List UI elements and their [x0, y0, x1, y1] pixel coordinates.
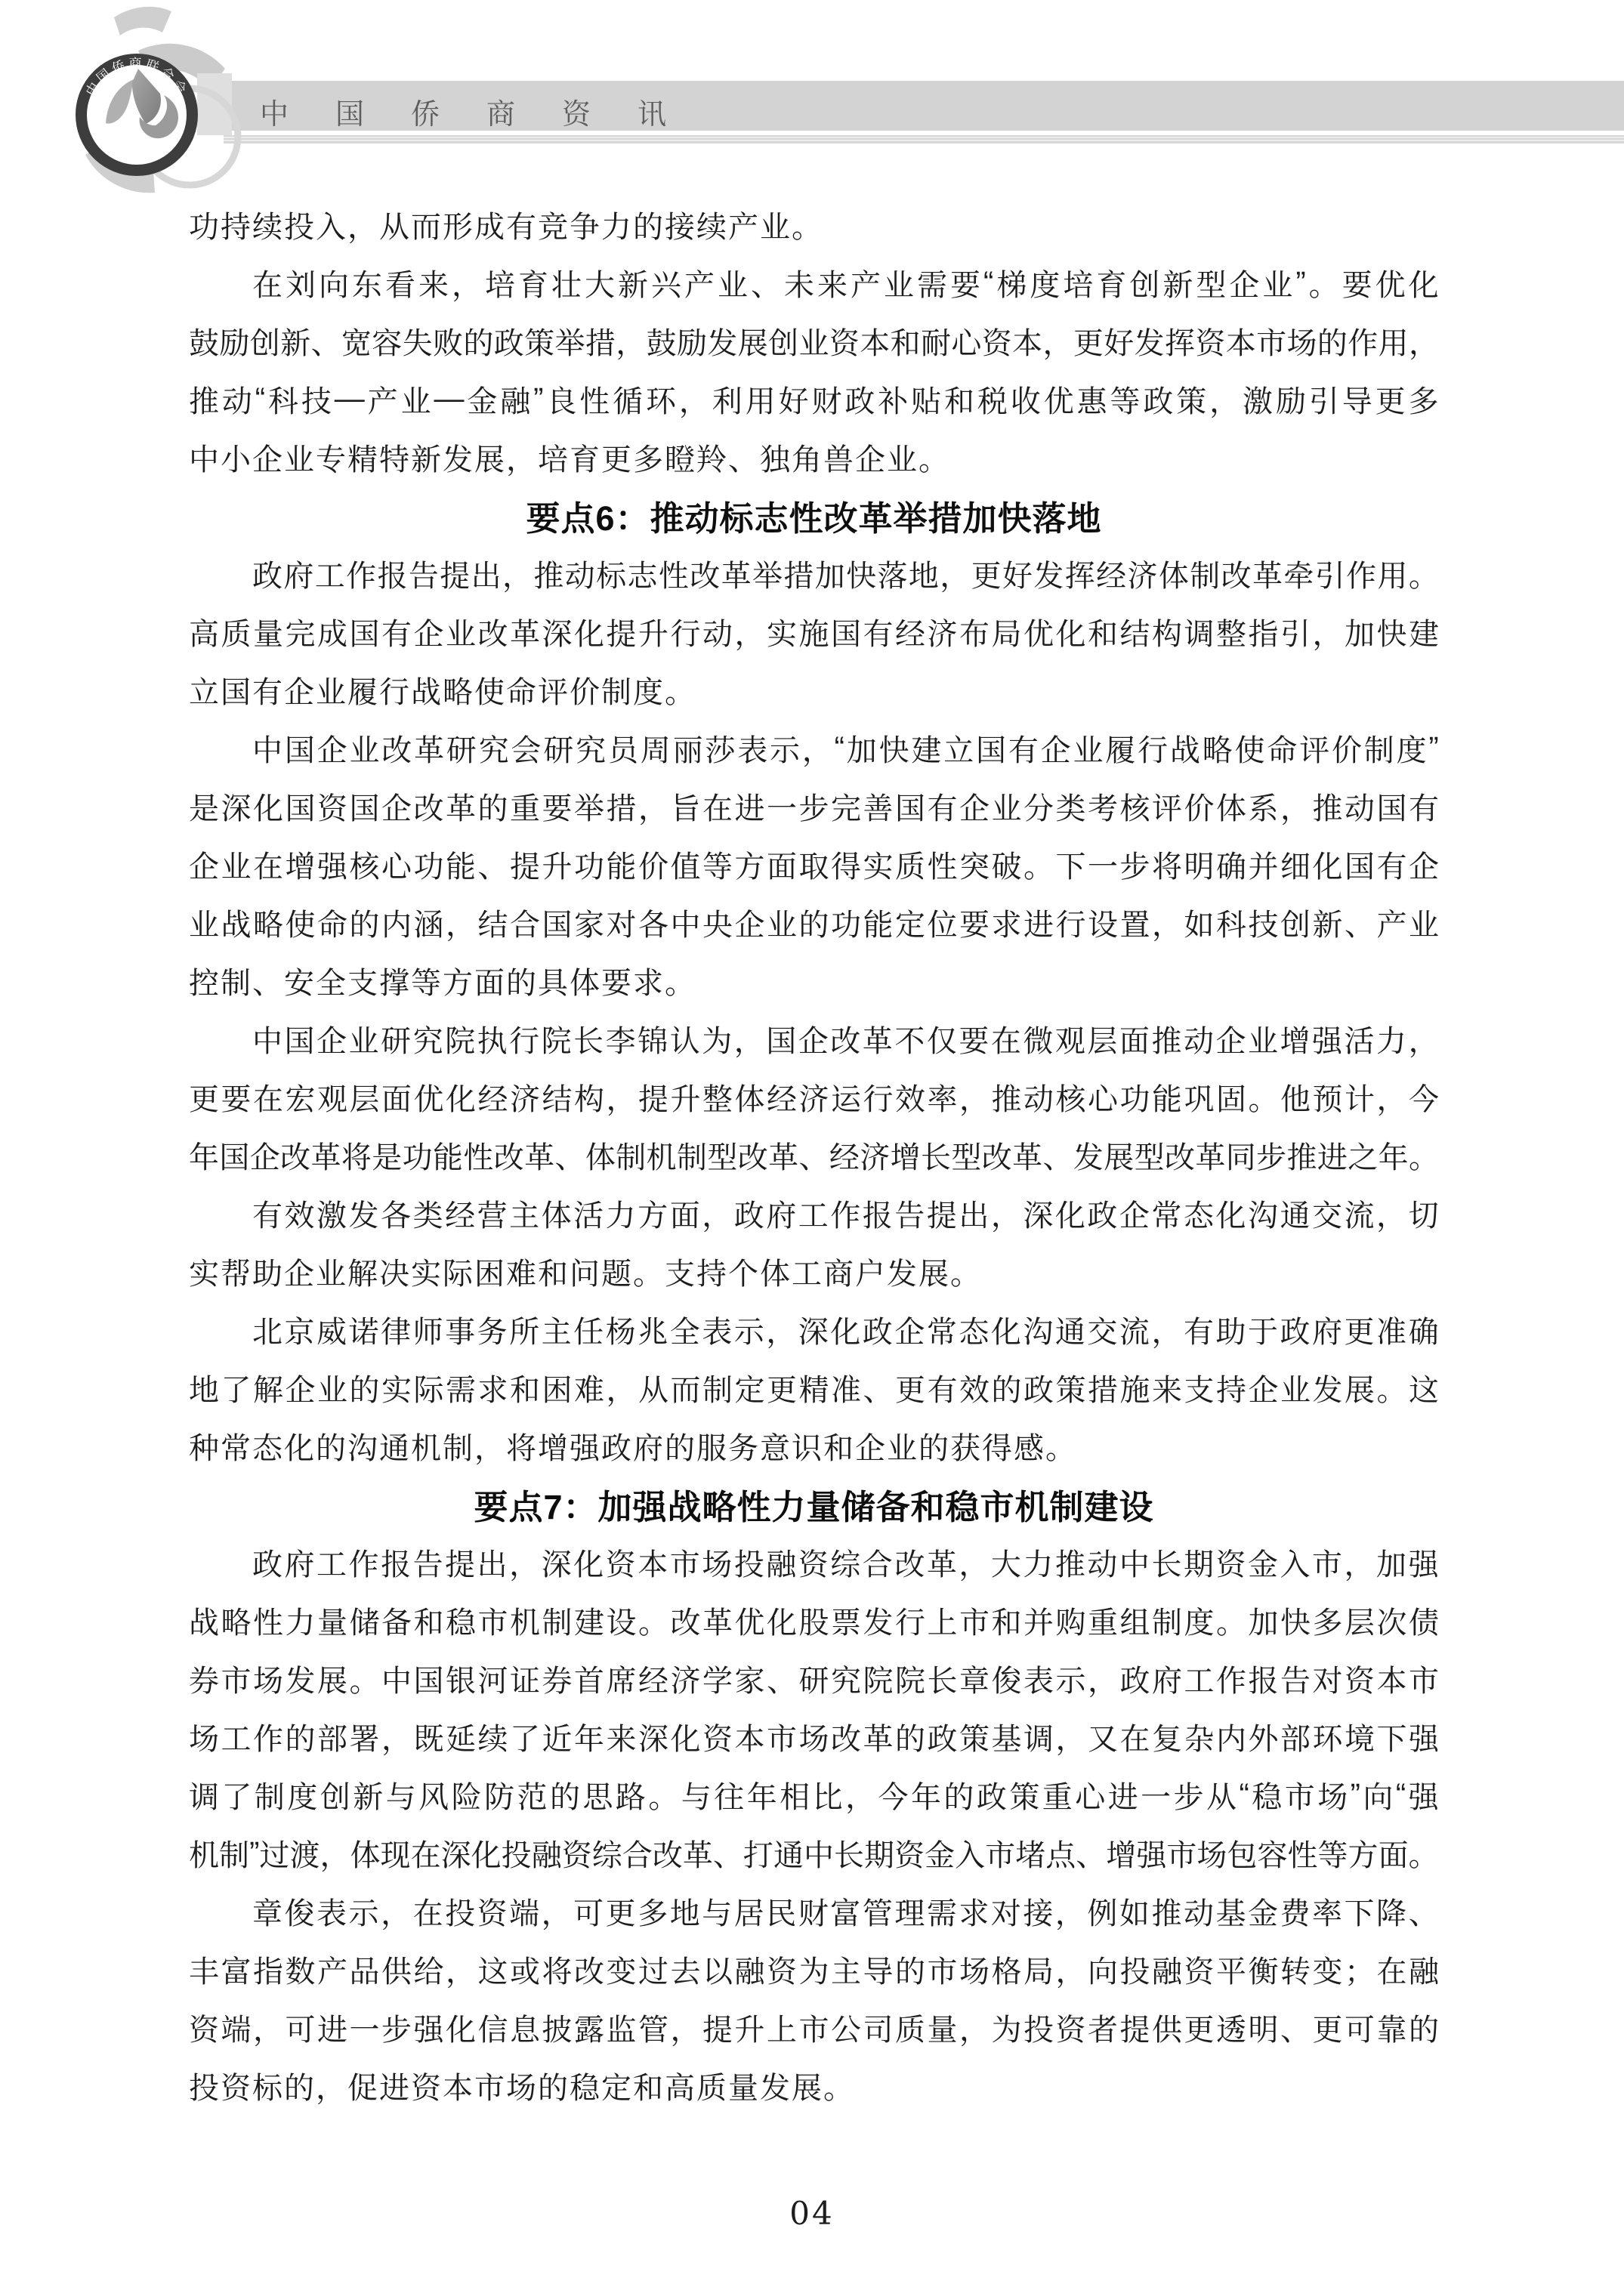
paragraph-line: 章俊表示，在投资端，可更多地与居民财富管理需求对接，例如推动基金费率下降、	[189, 1882, 1439, 1940]
paragraph-line: 中国企业改革研究会研究员周丽莎表示，“加快建立国有企业履行战略使命评价制度”	[189, 719, 1439, 777]
paragraph-line: 券市场发展。中国银河证券首席经济学家、研究院院长章俊表示，政府工作报告对资本市	[189, 1650, 1439, 1708]
paragraph-line: 北京威诺律师事务所主任杨兆全表示，深化政企常态化沟通交流，有助于政府更准确	[189, 1301, 1439, 1359]
paragraph-line: 功持续投入，从而形成有竞争力的接续产业。	[189, 196, 1439, 254]
paragraph-line: 年国企改革将是功能性改革、体制机制型改革、经济增长型改革、发展型改革同步推进之年…	[189, 1126, 1439, 1184]
paragraph-line: 立国有企业履行战略使命评价制度。	[189, 661, 1439, 719]
paragraph-line: 调了制度创新与风险防范的思路。与往年相比，今年的政策重心进一步从“稳市场”向“强	[189, 1766, 1439, 1824]
section-heading: 要点6：推动标志性改革举措加快落地	[189, 486, 1439, 545]
paragraph-line: 战略性力量储备和稳市机制建设。改革优化股票发行上市和并购重组制度。加快多层次债	[189, 1591, 1439, 1650]
paragraph-line: 是深化国资国企改革的重要举措，旨在进一步完善国有企业分类考核评价体系，推动国有	[189, 777, 1439, 835]
paragraph-line: 中小企业专精特新发展，培育更多瞪羚、独角兽企业。	[189, 428, 1439, 486]
paragraph-line: 政府工作报告提出，深化资本市场投融资综合改革，大力推动中长期资金入市，加强	[189, 1533, 1439, 1591]
paragraph-line: 机制”过渡，体现在深化投融资综合改革、打通中长期资金入市堵点、增强市场包容性等方…	[189, 1824, 1439, 1882]
paragraph-line: 中国企业研究院执行院长李锦认为，国企改革不仅要在微观层面推动企业增强活力，	[189, 1010, 1439, 1068]
paragraph-line: 推动“科技—产业—金融”良性循环，利用好财政补贴和税收优惠等政策，激励引导更多	[189, 370, 1439, 428]
paragraph-line: 更要在宏观层面优化经济结构，提升整体经济运行效率，推动核心功能巩固。他预计，今	[189, 1068, 1439, 1126]
article-body: 功持续投入，从而形成有竞争力的接续产业。在刘向东看来，培育壮大新兴产业、未来产业…	[189, 196, 1439, 2115]
paragraph-line: 投资标的，促进资本市场的稳定和高质量发展。	[189, 2057, 1439, 2115]
paragraph-line: 场工作的部署，既延续了近年来深化资本市场改革的政策基调，又在复杂内外部环境下强	[189, 1708, 1439, 1766]
section-heading: 要点7：加强战略性力量储备和稳市机制建设	[189, 1475, 1439, 1533]
paragraph-line: 丰富指数产品供给，这或将改变过去以融资为主导的市场格局，向投融资平衡转变；在融	[189, 1940, 1439, 1998]
paragraph-line: 政府工作报告提出，推动标志性改革举措加快落地，更好发挥经济体制改革牵引作用。	[189, 545, 1439, 603]
document-page: 中国侨商资讯 中国侨商联合会 CHINA FEDERATION OF OVERS…	[0, 0, 1624, 2293]
page-number: 04	[0, 2195, 1624, 2232]
header-banner-stripe	[224, 135, 1624, 144]
paragraph-line: 企业在增强核心功能、提升功能价值等方面取得实质性突破。下一步将明确并细化国有企	[189, 835, 1439, 893]
logo-swoosh-top2	[114, 7, 171, 35]
paragraph-line: 资端，可进一步强化信息披露监管，提升上市公司质量，为投资者提供更透明、更可靠的	[189, 1998, 1439, 2057]
paragraph-line: 鼓励创新、宽容失败的政策举措，鼓励发展创业资本和耐心资本，更好发挥资本市场的作用…	[189, 312, 1439, 370]
header-banner-title: 中国侨商资讯	[260, 91, 713, 132]
organization-logo-icon: 中国侨商联合会 CHINA FEDERATION OF OVERSEAS CHI…	[42, 4, 253, 196]
paragraph-line: 在刘向东看来，培育壮大新兴产业、未来产业需要“梯度培育创新型企业”。要优化	[189, 254, 1439, 312]
paragraph-line: 业战略使命的内涵，结合国家对各中央企业的功能定位要求进行设置，如科技创新、产业	[189, 893, 1439, 952]
paragraph-line: 种常态化的沟通机制，将增强政府的服务意识和企业的获得感。	[189, 1417, 1439, 1475]
paragraph-line: 高质量完成国有企业改革深化提升行动，实施国有经济布局优化和结构调整指引，加快建	[189, 603, 1439, 661]
paragraph-line: 地了解企业的实际需求和困难，从而制定更精准、更有效的政策措施来支持企业发展。这	[189, 1359, 1439, 1417]
paragraph-line: 有效激发各类经营主体活力方面，政府工作报告提出，深化政企常态化沟通交流，切	[189, 1184, 1439, 1242]
paragraph-line: 实帮助企业解决实际困难和问题。支持个体工商户发展。	[189, 1242, 1439, 1301]
paragraph-line: 控制、安全支撑等方面的具体要求。	[189, 952, 1439, 1010]
